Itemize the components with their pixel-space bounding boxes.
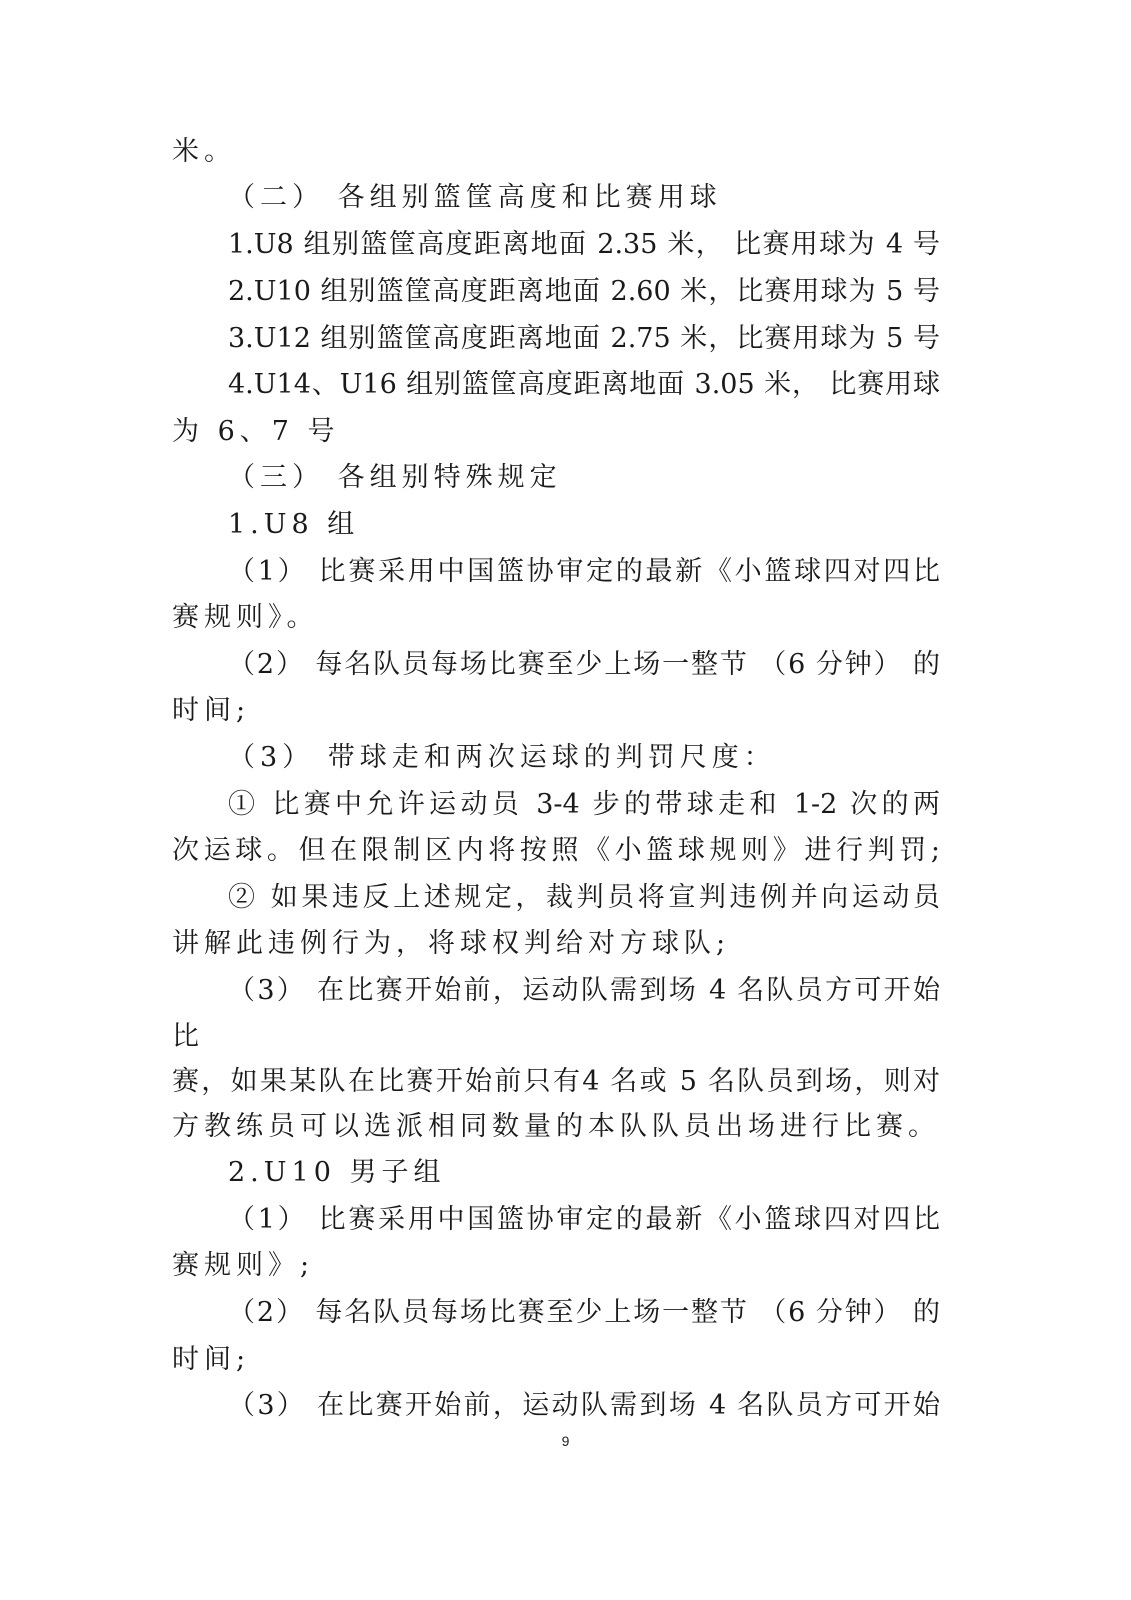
text-line: （2） 每名队员每场比赛至少上场一整节 （6 分钟） 的	[228, 649, 940, 681]
text-line: 米。	[172, 136, 236, 168]
text-line: 时间;	[172, 695, 250, 727]
text-line: 方教练员可以选派相同数量的本队队员出场进行比赛。	[172, 1111, 940, 1143]
text-line: 2.U10 男子组	[228, 1157, 445, 1189]
text-line: （3） 带球走和两次运球的判罚尺度：	[228, 742, 776, 774]
text-line: （1） 比赛采用中国篮协审定的最新《小篮球四对四比	[228, 556, 940, 588]
text-line: 赛规则》。	[172, 602, 319, 634]
text-line: （1） 比赛采用中国篮协审定的最新《小篮球四对四比	[228, 1204, 940, 1236]
text-line: 讲解此违例行为，将球权判给对方球队;	[172, 928, 730, 960]
text-line: ① 比赛中允许运动员 3-4 步的带球走和 1-2 次的两	[228, 789, 940, 821]
text-line: 赛规则》;	[172, 1250, 314, 1282]
document-page: 米。（二） 各组别篮筐高度和比赛用球1.U8 组别篮筐高度距离地面 2.35 米…	[0, 0, 1131, 1600]
text-line: （三） 各组别特殊规定	[228, 462, 562, 494]
text-line: 赛，如果某队在比赛开始前只有4 名或 5 名队员到场，则对	[172, 1066, 940, 1098]
text-line: （3） 在比赛开始前，运动队需到场 4 名队员方可开始	[228, 1390, 940, 1422]
page-number: 9	[0, 1433, 1131, 1449]
text-line: 1.U8 组	[228, 509, 359, 541]
text-line: （2） 每名队员每场比赛至少上场一整节 （6 分钟） 的	[228, 1297, 940, 1329]
text-line: （二） 各组别篮筐高度和比赛用球	[228, 182, 722, 214]
text-line: 1.U8 组别篮筐高度距离地面 2.35 米， 比赛用球为 4 号	[228, 229, 940, 261]
text-line: （3） 在比赛开始前，运动队需到场 4 名队员方可开始	[228, 975, 940, 1007]
text-line: 2.U10 组别篮筐高度距离地面 2.60 米，比赛用球为 5 号	[228, 276, 940, 308]
text-line: 4.U14、U16 组别篮筐高度距离地面 3.05 米， 比赛用球	[228, 369, 940, 401]
text-line: 比	[172, 1021, 204, 1053]
text-line: ② 如果违反上述规定，裁判员将宣判违例并向运动员	[228, 882, 940, 914]
text-line: 次运球。但在限制区内将按照《小篮球规则》进行判罚;	[172, 835, 940, 867]
text-line: 为 6、7 号	[172, 416, 340, 448]
text-line: 3.U12 组别篮筐高度距离地面 2.75 米，比赛用球为 5 号	[228, 323, 940, 355]
text-line: 时间;	[172, 1344, 250, 1376]
